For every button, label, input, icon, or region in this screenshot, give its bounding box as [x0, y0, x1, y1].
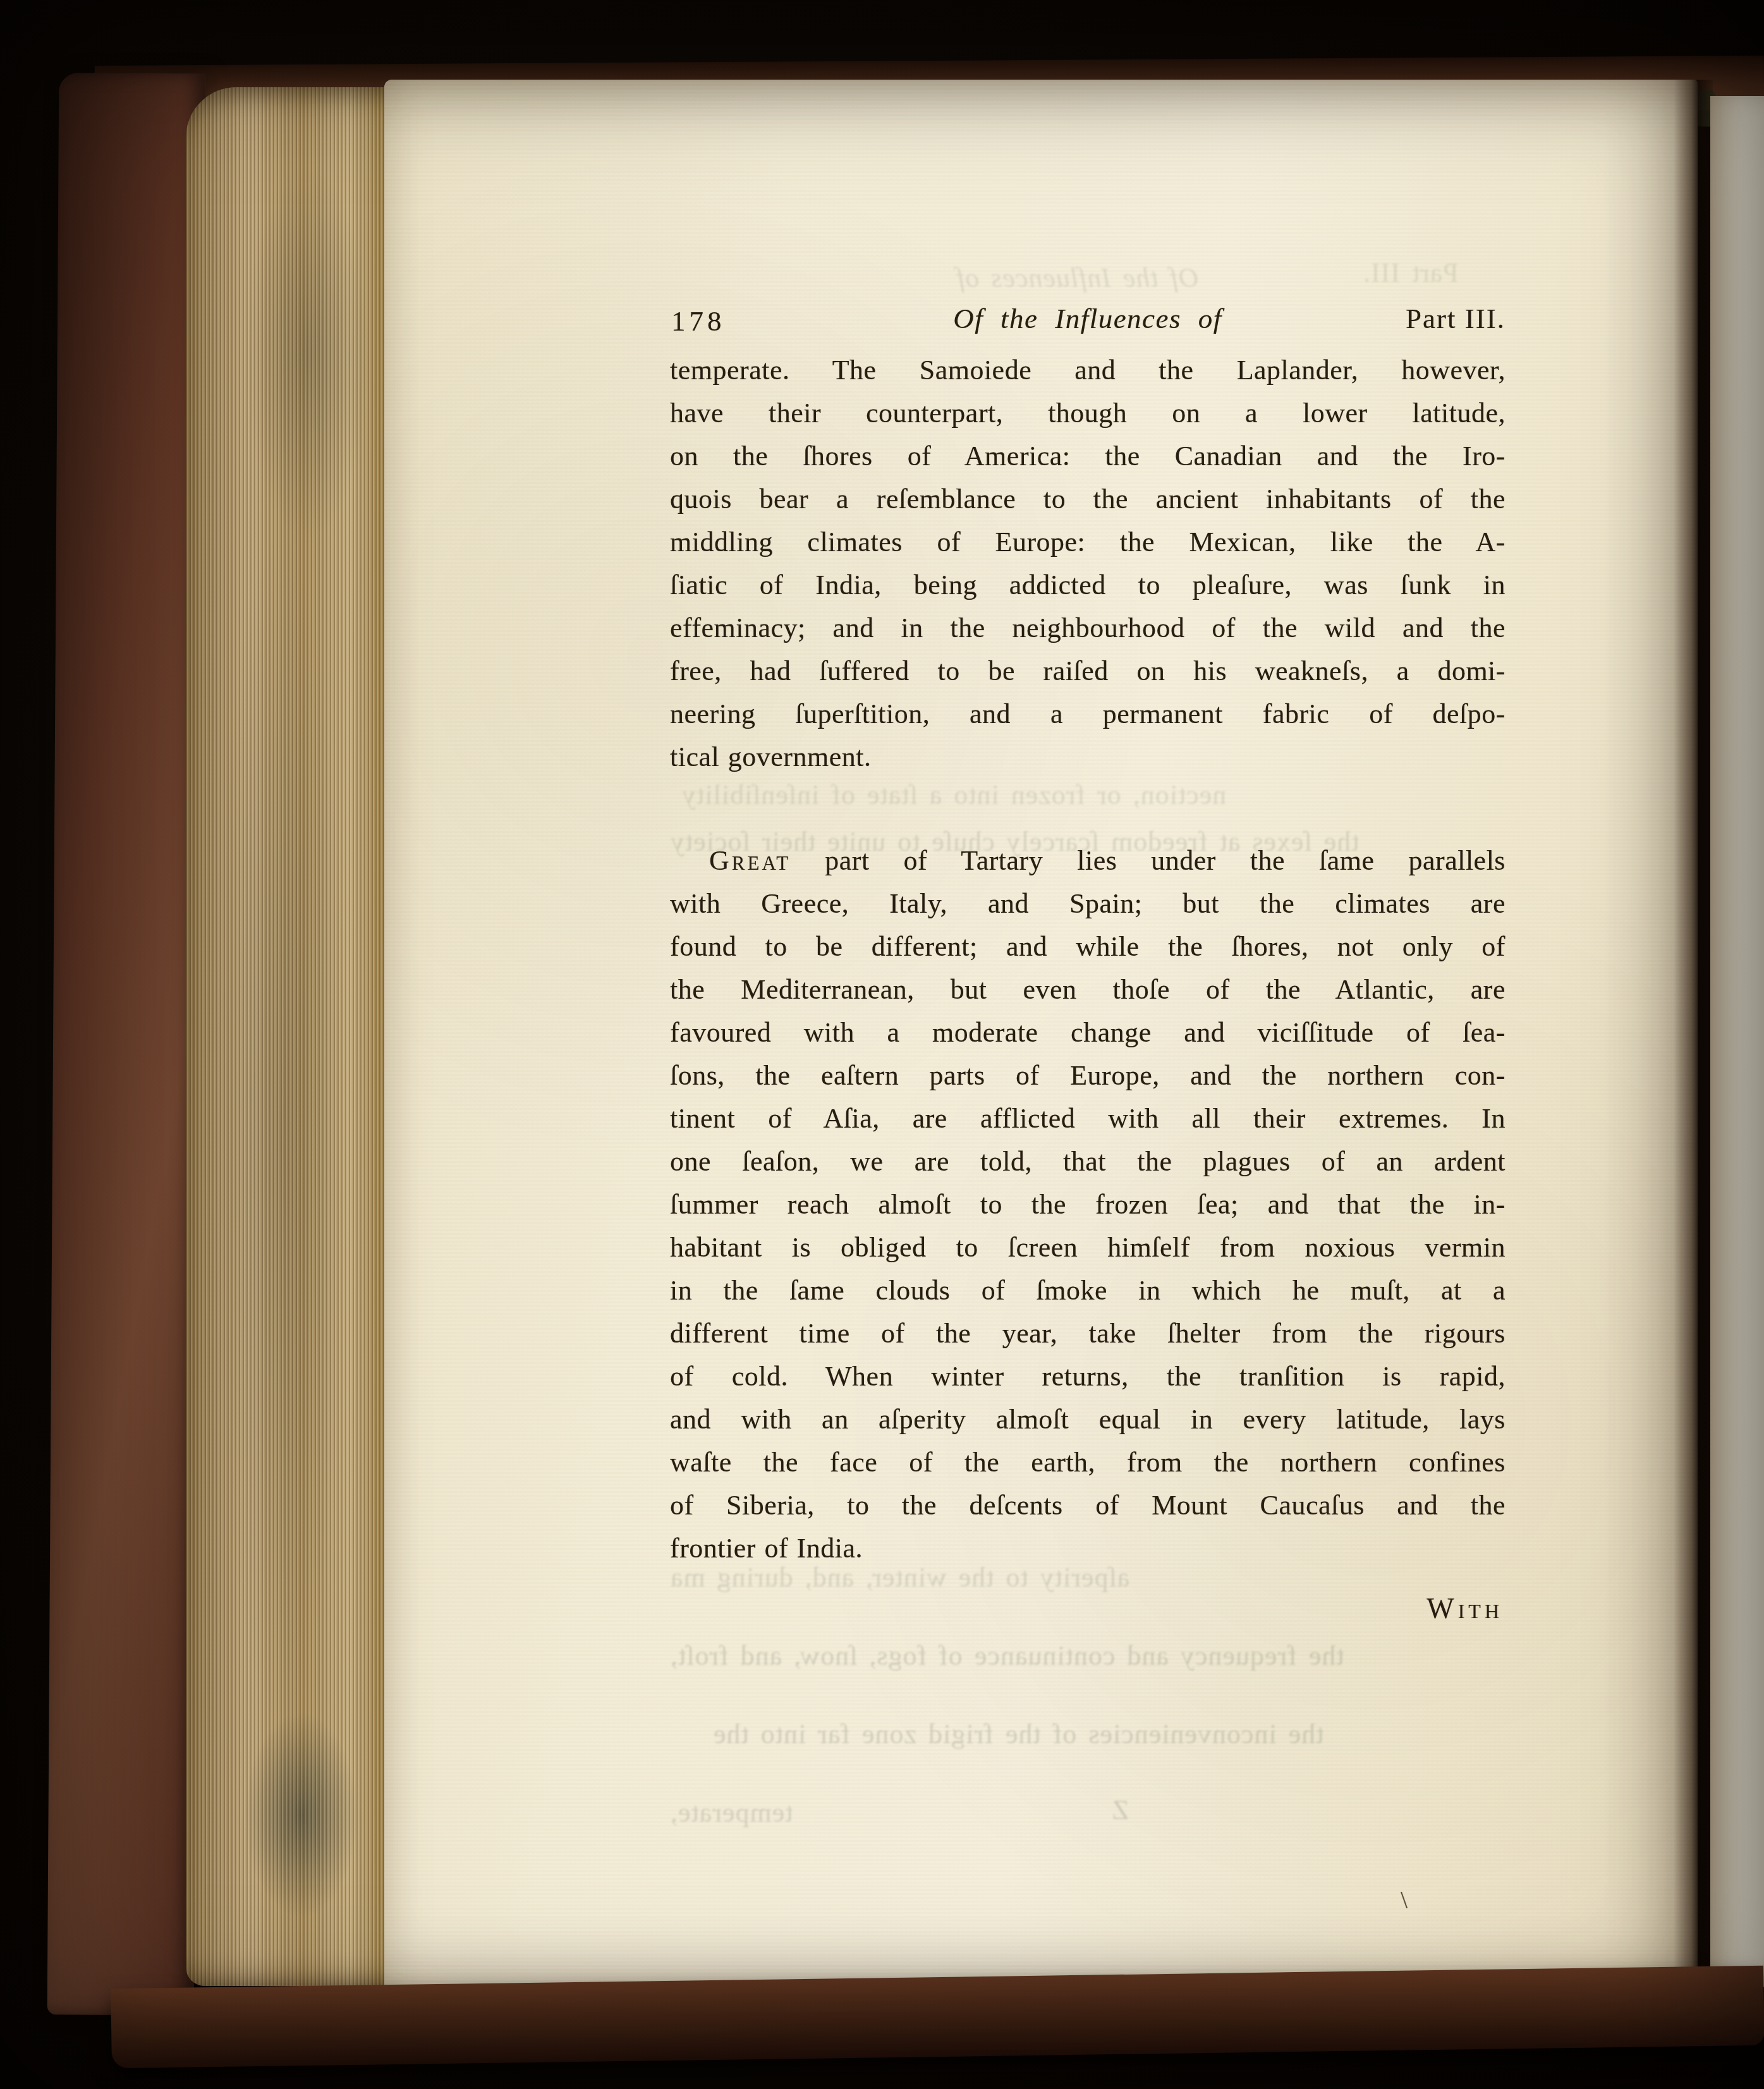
text-line: found to be different; and while the ſho… — [670, 925, 1505, 968]
text-line: with Greece, Italy, and Spain; but the c… — [670, 882, 1505, 925]
text-line: of Siberia, to the deſcents of Mount Cau… — [670, 1484, 1505, 1527]
paragraph-two-first-line-rest: part of Tartary lies under the ſame para… — [825, 845, 1505, 876]
text-line: quois bear a reſemblance to the ancient … — [670, 478, 1505, 521]
paragraph-two-lines: with Greece, Italy, and Spain; but the c… — [670, 882, 1505, 1570]
page-number: 178 — [671, 305, 726, 338]
text-line: and with an aſperity almoſt equal in eve… — [670, 1398, 1505, 1441]
text-line: free, had ſuffered to be raiſed on his w… — [670, 650, 1505, 693]
text-line: different time of the year, take ſhelter… — [670, 1312, 1505, 1355]
part-label: Part III. — [1406, 302, 1505, 335]
text-line: ſiatic of India, being addicted to pleaſ… — [670, 564, 1505, 607]
paragraph-one: temperate. The Samoiede and the Laplande… — [670, 349, 1505, 779]
text-line: effeminacy; and in the neighbourhood of … — [670, 607, 1505, 650]
text-line: the Mediterranean, but even thoſe of the… — [670, 968, 1505, 1011]
text-line: on the ſhores of America: the Canadian a… — [670, 435, 1505, 478]
text-line: waſte the face of the earth, from the no… — [670, 1441, 1505, 1484]
paragraph-two-lead-word: Great — [709, 845, 791, 876]
photographed-book-scene: Of the Influences of Part III. nection, … — [0, 0, 1764, 2089]
text-line: have their counterpart, though on a lowe… — [670, 392, 1505, 435]
facing-page-edge — [1710, 96, 1764, 1987]
printed-text-block: 178 Of the Influences of Part III. tempe… — [670, 80, 1505, 1994]
text-line: habitant is obliged to ſcreen himſelf fr… — [670, 1226, 1505, 1269]
book-gutter-shadow — [1674, 80, 1713, 1996]
book-fore-edge-pages — [186, 87, 396, 1986]
text-line: of cold. When winter returns, the tranſi… — [670, 1355, 1505, 1398]
text-line: tical government. — [670, 736, 1505, 779]
text-line: ſummer reach almoſt to the frozen ſea; a… — [670, 1183, 1505, 1226]
paragraph-two-first-line: Great part of Tartary lies under the ſam… — [670, 839, 1505, 882]
page-header: 178 Of the Influences of Part III. — [670, 302, 1505, 343]
text-line: favoured with a moderate change and vici… — [670, 1011, 1505, 1054]
paragraph-two: Great part of Tartary lies under the ſam… — [670, 839, 1505, 1570]
running-title: Of the Influences of — [953, 302, 1222, 335]
text-line: one ſeaſon, we are told, that the plague… — [670, 1140, 1505, 1183]
book-cover-left-board — [47, 73, 206, 2015]
book-page: Of the Influences of Part III. nection, … — [384, 80, 1698, 1994]
text-line: frontier of India. — [670, 1527, 1505, 1570]
text-line: middling climates of Europe: the Mexican… — [670, 521, 1505, 564]
text-line: in the ſame clouds of ſmoke in which he … — [670, 1269, 1505, 1312]
catchword: With — [1426, 1592, 1503, 1625]
text-line: temperate. The Samoiede and the Laplande… — [670, 349, 1505, 392]
text-line: ſons, the eaſtern parts of Europe, and t… — [670, 1054, 1505, 1097]
text-line: neering ſuperſtition, and a permanent fa… — [670, 693, 1505, 736]
text-line: tinent of Aſia, are afflicted with all t… — [670, 1097, 1505, 1140]
stray-ink-mark: \ — [1401, 1885, 1408, 1915]
